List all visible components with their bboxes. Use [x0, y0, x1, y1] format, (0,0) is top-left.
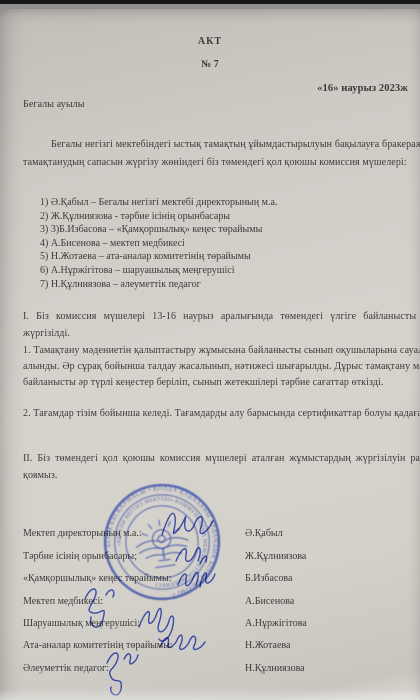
act-date: «16» наурыз 2023ж	[317, 80, 408, 97]
signature-row: Ата-аналар комитетінің төрайымы: Н.Жотае…	[0, 640, 420, 658]
section-2-text: ІІ. Біз төмендегі қол қоюшы комиссия мүш…	[23, 451, 420, 484]
signature-scribble-icon	[158, 630, 208, 656]
signature-name: Б.Избасова	[245, 573, 292, 584]
signature-name: Ж.Құлниязова	[245, 551, 306, 562]
signature-row: Шаруашылық меңгерушісі: А.Нұржігітова	[0, 618, 420, 636]
act-number: № 7	[0, 56, 420, 73]
signature-scribble-icon	[176, 562, 218, 594]
signature-name: Ә.Қабыл	[245, 528, 283, 539]
paper-bottom-highlight	[0, 688, 420, 700]
member-item: 3) 3)Б.Избасова – «Қамқоршылық» кеңес тө…	[40, 223, 420, 237]
signature-scribble-icon	[80, 583, 122, 635]
section-1-text: І. Біз комиссия мүшелері 13-16 наурыз ар…	[23, 309, 420, 342]
signature-name: Н.Құлниязова	[245, 663, 305, 674]
signature-name: Н.Жотаева	[245, 640, 290, 651]
intro-paragraph: Бегалы негізгі мектебіндегі ыстық тамақт…	[23, 136, 420, 171]
signature-row: Мектеп медбикесі: А.Бисенова	[0, 596, 420, 614]
member-item: 7) Н.Құлниязова – әлеуметтік педагог	[40, 278, 420, 292]
observation-2: 2. Тағамдар тізім бойынша келеді. Тағамд…	[23, 406, 420, 422]
document-photo: { "document": { "header": { "title": "АК…	[0, 0, 420, 700]
member-item: 6) А.Нұржігітова – шаруашылық меңгерушіс…	[40, 264, 420, 278]
commission-members-list: 1) Ә.Қабыл – Бегалы негізгі мектебі дире…	[40, 196, 420, 291]
signature-role: Әлеуметтік педагог:	[23, 663, 109, 674]
document-title: АКТ	[0, 33, 420, 50]
signature-name: А.Нұржігітова	[245, 618, 307, 629]
signature-name: А.Бисенова	[245, 596, 294, 607]
member-item: 5) Н.Жотаева – ата-аналар комитетінің тө…	[40, 250, 420, 264]
observation-1: 1. Тамақтану мәдениетін қалыптастыру жұм…	[23, 343, 420, 390]
signature-row: Әлеуметтік педагог: Н.Құлниязова	[0, 663, 420, 681]
member-item: 2) Ж.Құлниязова - тәрбие ісінің орынбаса…	[40, 210, 420, 224]
document-content: АКТ № 7 «16» наурыз 2023ж Бегалы ауылы Б…	[0, 0, 420, 700]
act-place: Бегалы ауылы	[23, 96, 85, 113]
member-item: 4) А.Бисенова – мектеп медбикесі	[40, 237, 420, 251]
member-item: 1) Ә.Қабыл – Бегалы негізгі мектебі дире…	[40, 196, 420, 210]
